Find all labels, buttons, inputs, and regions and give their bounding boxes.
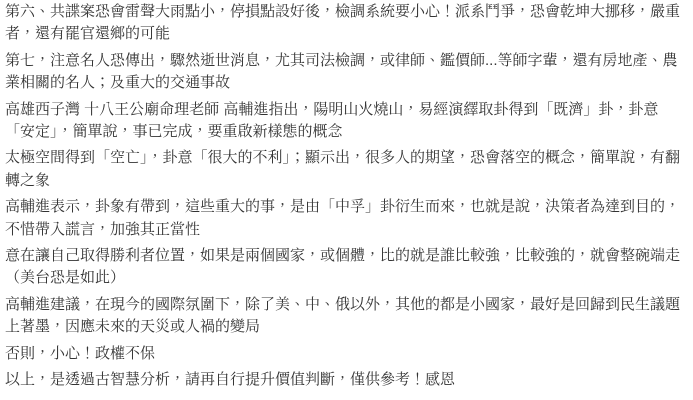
paragraph-warning: 否則，小心！政權不保 [5,343,685,365]
paragraph-advice: 高輔進建議，在現今的國際氛圍下，除了美、中、俄以外，其他的都是小國家，最好是回歸… [5,294,685,339]
paragraph-point-seven: 第七，注意名人恐傳出，驟然逝世消息，尤其司法檢調，或律師、鑑價師...等師字輩，… [5,50,685,95]
paragraph-closing: 以上，是透過古智慧分析，請再自行提升價值判斷，僅供參考！感恩 [5,369,685,391]
paragraph-point-six: 第六、共諜案恐會雷聲大雨點小，停損點設好後，檢調系統要小心！派系鬥爭，恐會乾坤大… [5,1,685,46]
paragraph-winner-position: 意在讓自己取得勝利者位置，如果是兩個國家，或個體，比的就是誰比較強，比較強的，就… [5,245,685,290]
article-body: 第六、共諜案恐會雷聲大雨點小，停損點設好後，檢調系統要小心！派系鬥爭，恐會乾坤大… [0,0,693,400]
paragraph-taiji-space: 太極空間得到「空亡」，卦意「很大的不利」；顯示出，很多人的期望，恐會落空的概念，… [5,147,685,192]
paragraph-master-intro: 高雄西子灣 十八王公廟命理老師 高輔進指出，陽明山火燒山，易經演繹取卦得到「既濟… [5,99,685,144]
paragraph-hexagram-zhongfu: 高輔進表示，卦象有帶到，這些重大的事，是由「中孚」卦衍生而來，也就是說，決策者為… [5,196,685,241]
